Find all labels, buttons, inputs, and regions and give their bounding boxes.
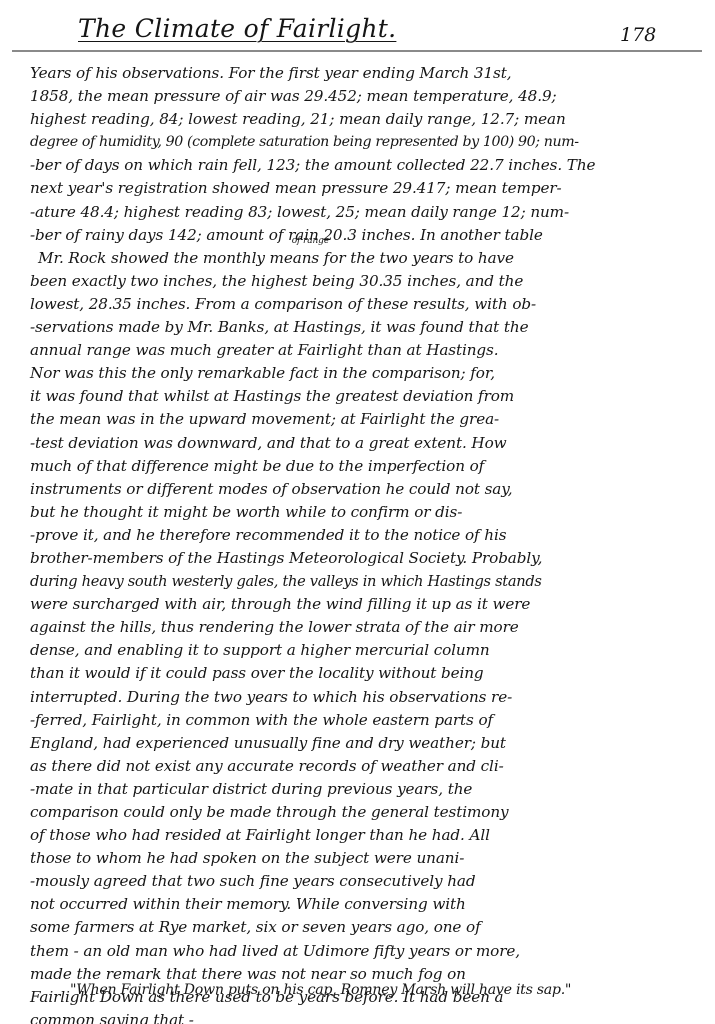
text-line: -prove it, and he therefore recommended … [30,524,702,547]
text-line: degree of humidity, 90 (complete saturat… [30,131,702,154]
text-line: -mate in that particular district during… [30,778,702,801]
text-line: the mean was in the upward movement; at … [30,408,702,431]
text-line: against the hills, thus rendering the lo… [30,616,702,639]
text-line: brother-members of the Hastings Meteorol… [30,547,702,570]
text-line: been exactly two inches, the highest bei… [30,270,702,293]
text-line: them - an old man who had lived at Udimo… [30,940,702,963]
text-line: interrupted. During the two years to whi… [30,686,702,709]
header-rule-divider [12,50,702,52]
quoted-saying: "When Fairlight Down puts on his cap, Ro… [70,982,571,998]
text-line: -servations made by Mr. Banks, at Hastin… [30,316,702,339]
text-line: -test deviation was downward, and that t… [30,432,702,455]
text-line: highest reading, 84; lowest reading, 21;… [30,108,702,131]
text-line: some farmers at Rye market, six or seven… [30,916,702,939]
text-line: dense, and enabling it to support a high… [30,639,702,662]
text-line: it was found that whilst at Hastings the… [30,385,702,408]
page-title: The Climate of Fairlight. [78,14,396,43]
interlinear-insertion: of range [292,236,329,246]
text-line: -ferred, Fairlight, in common with the w… [30,709,702,732]
handwritten-body: Years of his observations. For the first… [30,62,702,1024]
text-line: 1858, the mean pressure of air was 29.45… [30,85,702,108]
text-segment: for the two years to have [319,249,514,267]
text-line: those to whom he had spoken on the subje… [30,847,702,870]
text-line: much of that difference might be due to … [30,455,702,478]
text-line: -ber of days on which rain fell, 123; th… [30,154,702,177]
text-line: annual range was much greater at Fairlig… [30,339,702,362]
text-line: -ature 48.4; highest reading 83; lowest,… [30,201,702,224]
text-line: lowest, 28.35 inches. From a comparison … [30,293,702,316]
text-line: were surcharged with air, through the wi… [30,593,702,616]
text-line: Nor was this the only remarkable fact in… [30,362,702,385]
text-line: than it would if it could pass over the … [30,662,702,685]
text-line: England, had experienced unusually fine … [30,732,702,755]
text-line: of those who had resided at Fairlight lo… [30,824,702,847]
text-line: not occurred within their memory. While … [30,893,702,916]
text-segment: Mr. Rock showed the monthly means [38,249,319,267]
manuscript-page: The Climate of Fairlight. 178 Years of h… [0,0,715,1024]
text-line: -ber of rainy days 142; amount of rain 2… [30,224,702,247]
text-line: next year's registration showed mean pre… [30,177,702,200]
text-line-with-insertion: Mr. Rock showed the monthly means of ran… [30,247,702,270]
insertion-anchor: Mr. Rock showed the monthly means of ran… [38,247,319,270]
text-line: common saying that - [30,1009,702,1024]
text-line: as there did not exist any accurate reco… [30,755,702,778]
text-line: instruments or different modes of observ… [30,478,702,501]
text-line: -mously agreed that two such fine years … [30,870,702,893]
text-line: Years of his observations. For the first… [30,62,702,85]
text-line: during heavy south westerly gales, the v… [30,570,702,593]
text-line: comparison could only be made through th… [30,801,702,824]
page-number: 178 [620,24,656,46]
text-line: but he thought it might be worth while t… [30,501,702,524]
